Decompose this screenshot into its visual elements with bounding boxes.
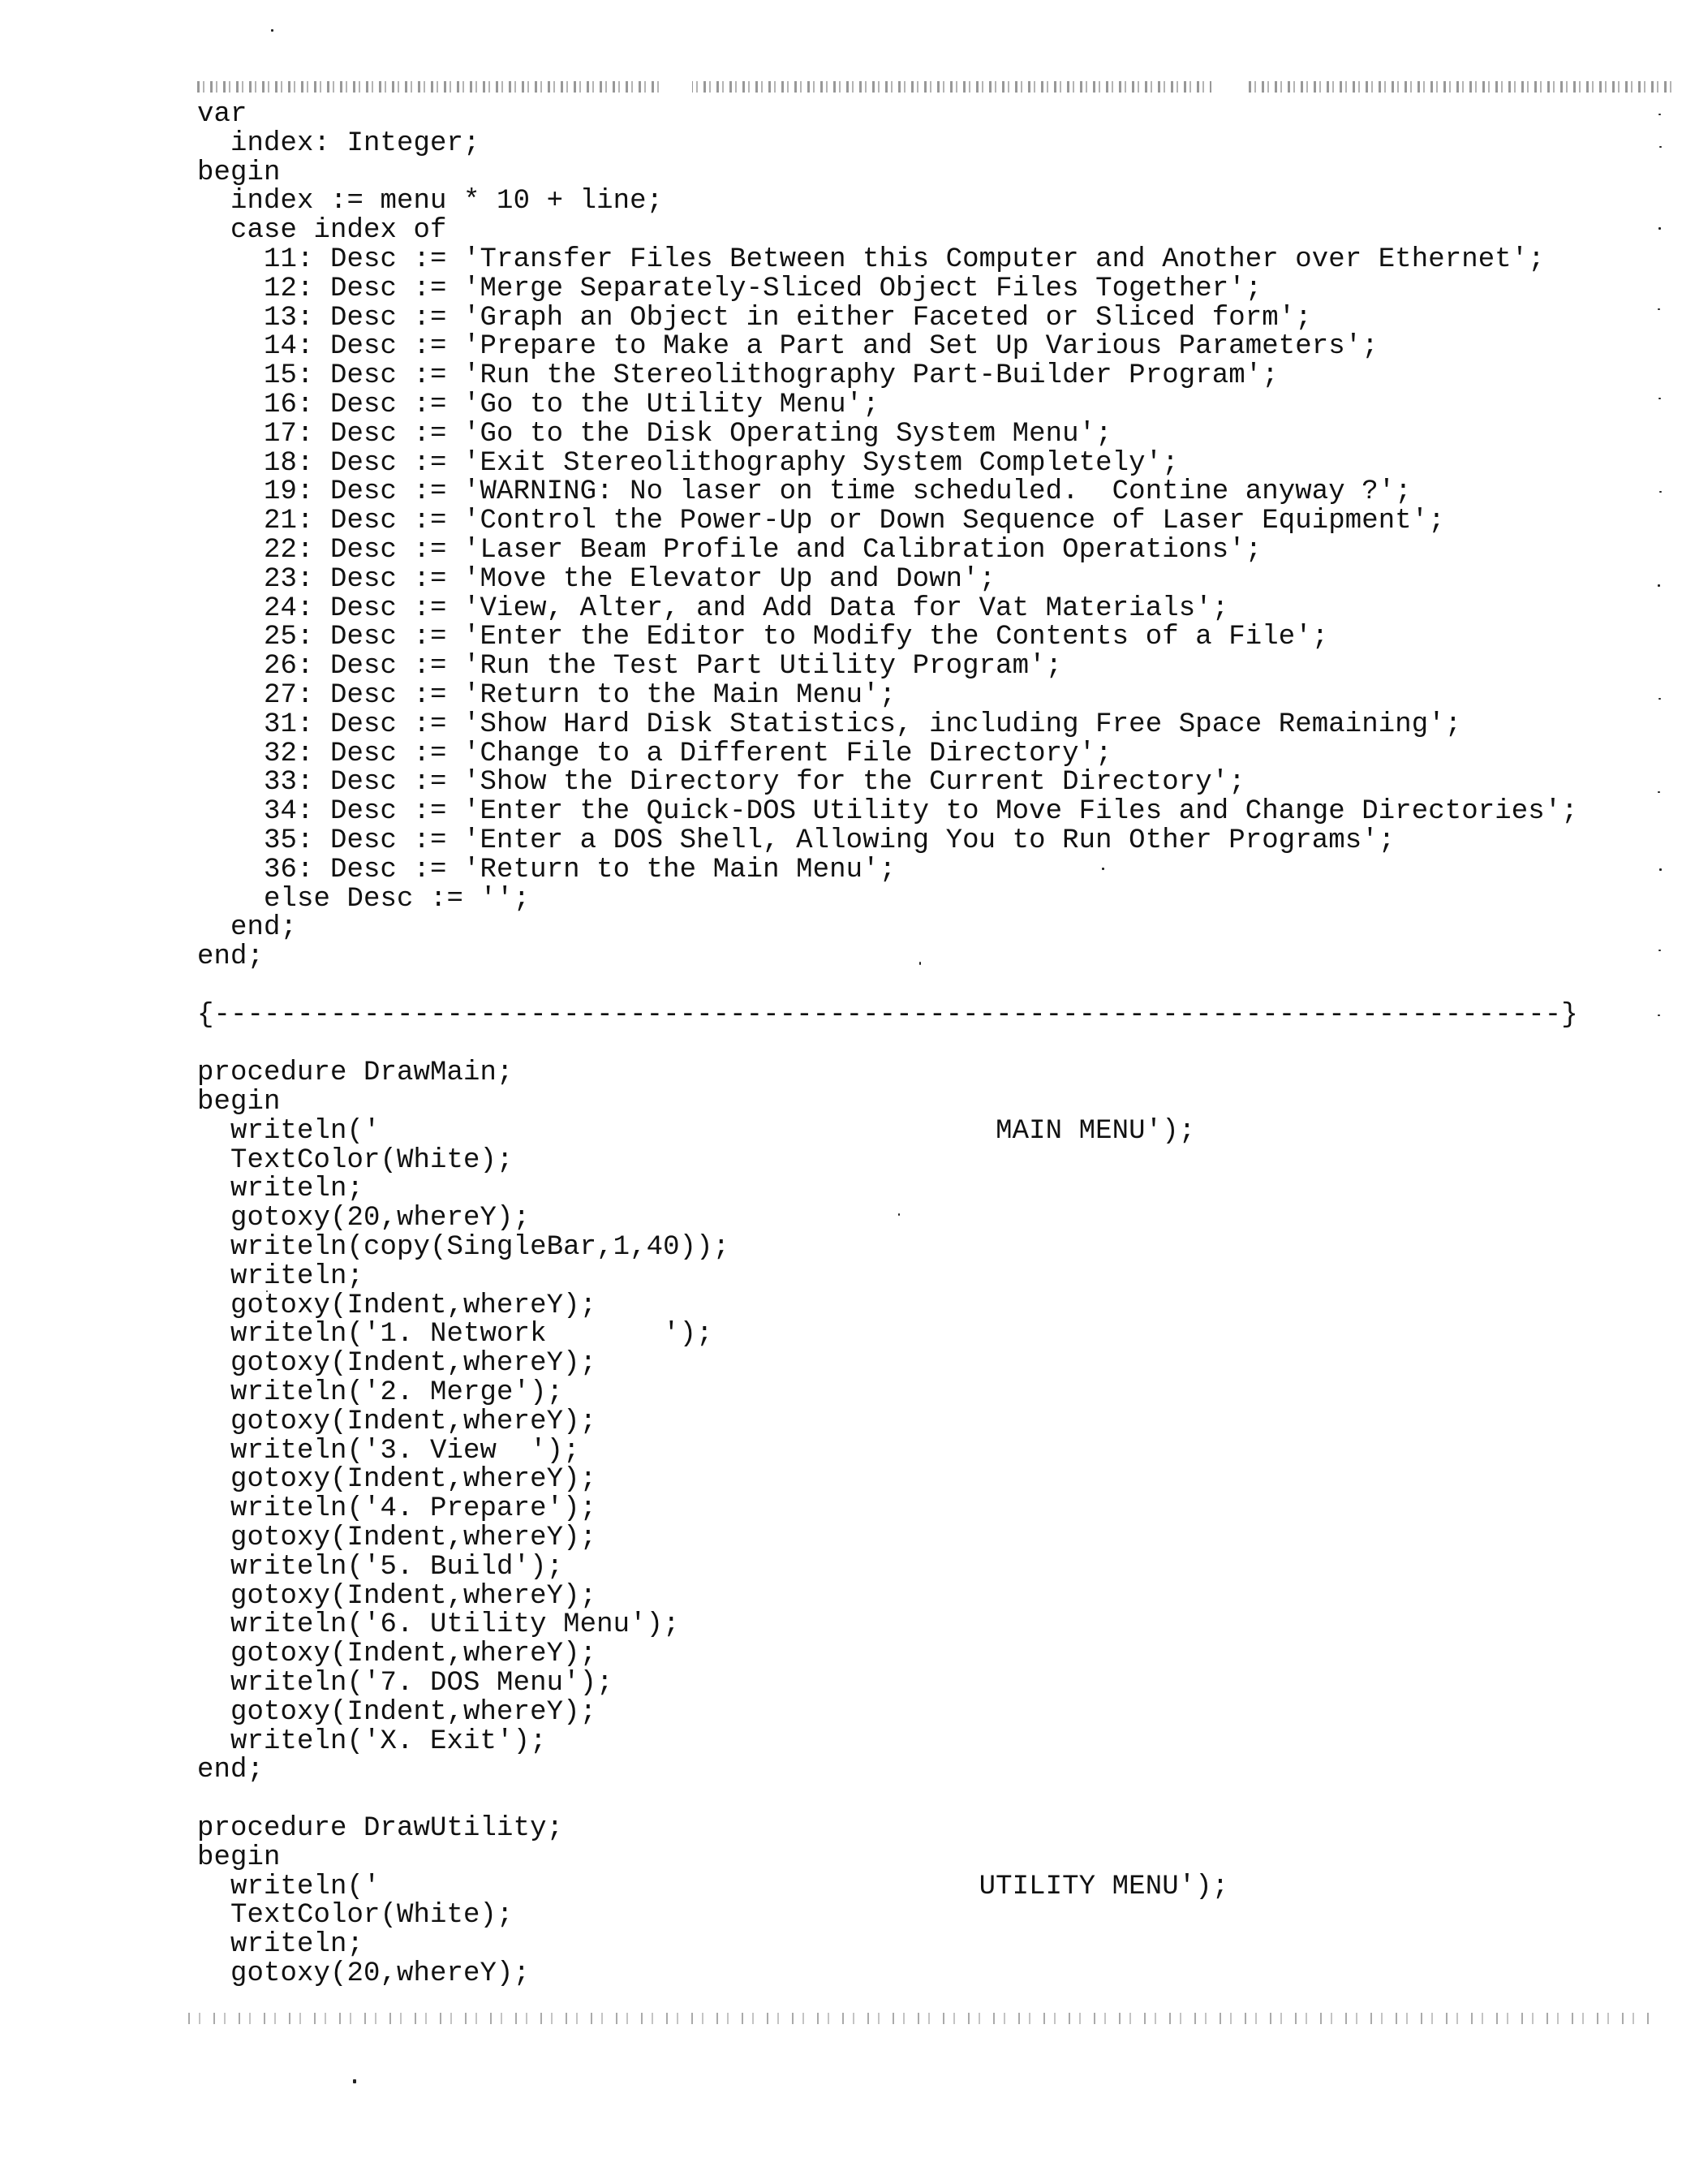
scan-speck <box>919 962 921 965</box>
code-line: 36: Desc := 'Return to the Main Menu'; <box>197 856 1578 885</box>
code-line: procedure DrawUtility; <box>197 1815 1578 1844</box>
code-line: 16: Desc := 'Go to the Utility Menu'; <box>197 391 1578 420</box>
code-line: else Desc := ''; <box>197 885 1578 915</box>
code-line: writeln('X. Exit'); <box>197 1728 1578 1757</box>
scan-noise-header <box>197 81 1674 93</box>
code-line: writeln(' UTILITY MENU'); <box>197 1873 1578 1902</box>
blank-line <box>197 1031 1578 1060</box>
code-line: index := menu * 10 + line; <box>197 187 1578 217</box>
code-line: 34: Desc := 'Enter the Quick-DOS Utility… <box>197 798 1578 827</box>
code-line: writeln; <box>197 1175 1578 1204</box>
procedure-header-drawutility <box>197 1786 1578 1815</box>
code-line: 13: Desc := 'Graph an Object in either F… <box>197 304 1578 334</box>
code-line: gotoxy(20,whereY); <box>197 1204 1578 1234</box>
scan-speck <box>1658 698 1661 700</box>
scan-speck <box>353 2079 356 2083</box>
scan-speck <box>1658 1014 1660 1016</box>
code-line: 15: Desc := 'Run the Stereolithography P… <box>197 362 1578 391</box>
code-line: TextColor(White); <box>197 1147 1578 1176</box>
code-line: writeln('1. Network '); <box>197 1320 1578 1350</box>
code-line: TextColor(White); <box>197 1902 1578 1931</box>
code-line: writeln('5. Build'); <box>197 1553 1578 1583</box>
code-line: 26: Desc := 'Run the Test Part Utility P… <box>197 653 1578 682</box>
code-line: gotoxy(Indent,whereY); <box>197 1350 1578 1379</box>
code-line: gotoxy(Indent,whereY); <box>197 1524 1578 1553</box>
code-line: end; <box>197 914 1578 943</box>
code-line: index: Integer; <box>197 130 1578 159</box>
scan-speck <box>1659 491 1662 493</box>
code-line: 21: Desc := 'Control the Power-Up or Dow… <box>197 507 1578 536</box>
blank-line <box>197 972 1578 1002</box>
code-line: writeln('4. Prepare'); <box>197 1495 1578 1524</box>
code-line: 14: Desc := 'Prepare to Make a Part and … <box>197 333 1578 362</box>
scan-speck <box>1658 114 1661 115</box>
code-line: writeln('6. Utility Menu'); <box>197 1611 1578 1640</box>
code-line: 19: Desc := 'WARNING: No laser on time s… <box>197 478 1578 507</box>
comment-separator: {---------------------------------------… <box>197 1002 1578 1031</box>
code-line: begin <box>197 1844 1578 1873</box>
code-line: 17: Desc := 'Go to the Disk Operating Sy… <box>197 420 1578 450</box>
code-line: gotoxy(Indent,whereY); <box>197 1583 1578 1612</box>
code-line: 35: Desc := 'Enter a DOS Shell, Allowing… <box>197 827 1578 856</box>
scan-speck <box>1659 868 1662 871</box>
code-line: 12: Desc := 'Merge Separately-Sliced Obj… <box>197 275 1578 304</box>
code-line: end; <box>197 943 1578 972</box>
code-line: begin <box>197 1088 1578 1118</box>
scan-speck <box>266 1290 268 1292</box>
scan-noise-footer <box>188 2013 1649 2024</box>
scan-speck <box>1658 398 1661 399</box>
scanned-page: var index: Integer;begin index := menu *… <box>0 0 1682 2184</box>
blank-line: end; <box>197 1756 1578 1786</box>
code-line: writeln; <box>197 1263 1578 1292</box>
noise-gap <box>1211 81 1244 93</box>
code-line: 11: Desc := 'Transfer Files Between this… <box>197 246 1578 275</box>
scan-speck <box>898 1213 900 1216</box>
code-line: 27: Desc := 'Return to the Main Menu'; <box>197 682 1578 711</box>
noise-gap <box>660 81 692 93</box>
code-line: writeln(' MAIN MENU'); <box>197 1118 1578 1147</box>
code-line: gotoxy(Indent,whereY); <box>197 1640 1578 1669</box>
scan-speck <box>1658 227 1661 230</box>
scan-speck <box>1658 308 1660 310</box>
procedure-header-drawmain: procedure DrawMain; <box>197 1059 1578 1088</box>
code-line: gotoxy(Indent,whereY); <box>197 1466 1578 1495</box>
code-line: writeln('7. DOS Menu'); <box>197 1669 1578 1699</box>
scan-speck <box>1102 868 1104 870</box>
code-line: 33: Desc := 'Show the Directory for the … <box>197 769 1578 798</box>
code-line: writeln('3. View '); <box>197 1437 1578 1467</box>
code-line: writeln(copy(SingleBar,1,40)); <box>197 1234 1578 1263</box>
code-line: begin <box>197 159 1578 188</box>
code-line: 25: Desc := 'Enter the Editor to Modify … <box>197 623 1578 653</box>
code-line: var <box>197 101 1578 130</box>
code-line: 24: Desc := 'View, Alter, and Add Data f… <box>197 595 1578 624</box>
code-line: 31: Desc := 'Show Hard Disk Statistics, … <box>197 711 1578 740</box>
scan-speck <box>1659 146 1662 148</box>
scan-speck <box>1658 584 1660 587</box>
code-line: gotoxy(Indent,whereY); <box>197 1408 1578 1437</box>
code-line: case index of <box>197 217 1578 246</box>
scan-speck <box>271 29 273 32</box>
code-line: writeln; <box>197 1931 1578 1960</box>
code-line: 23: Desc := 'Move the Elevator Up and Do… <box>197 566 1578 595</box>
scan-margin-specks <box>1655 81 1671 1055</box>
code-line: 18: Desc := 'Exit Stereolithography Syst… <box>197 450 1578 479</box>
code-line: gotoxy(Indent,whereY); <box>197 1699 1578 1728</box>
code-line: gotoxy(20,whereY); <box>197 1960 1578 1989</box>
code-line: writeln('2. Merge'); <box>197 1379 1578 1408</box>
code-line: gotoxy(Indent,whereY); <box>197 1292 1578 1321</box>
scan-speck <box>1658 791 1660 793</box>
scan-speck <box>1658 950 1661 951</box>
code-line: 32: Desc := 'Change to a Different File … <box>197 740 1578 769</box>
code-line: 22: Desc := 'Laser Beam Profile and Cali… <box>197 536 1578 566</box>
source-code-listing: var index: Integer;begin index := menu *… <box>197 101 1578 1989</box>
